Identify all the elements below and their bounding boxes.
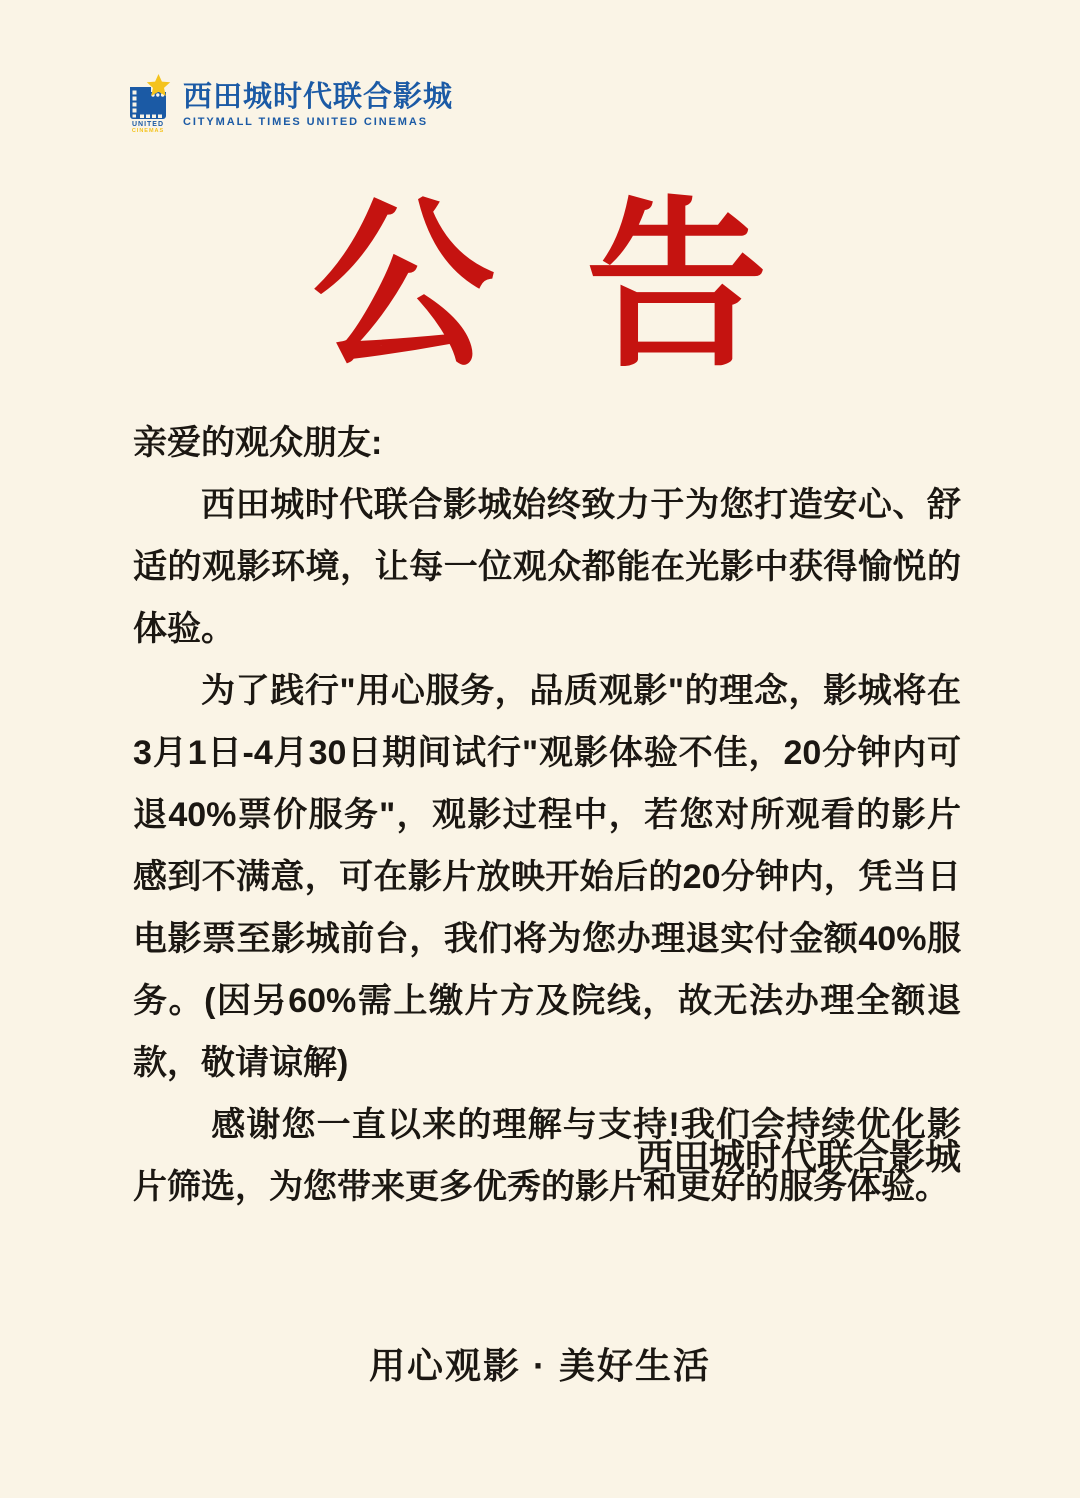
- paragraph-refund-policy: 为了践行"用心服务，品质观影"的理念，影城将在3月1日-4月30日期间试行"观影…: [133, 660, 961, 1094]
- cinema-logo-text: 西田城时代联合影城 CITYMALL TIMES UNITED CINEMAS: [183, 82, 453, 128]
- announcement-title: 公告: [0, 186, 1080, 386]
- announcement-poster: UNITED CINEMAS 西田城时代联合影城 CITYMALL TIMES …: [0, 0, 1080, 1498]
- cinema-logo-icon: UNITED CINEMAS: [122, 74, 174, 135]
- footer-slogan: 用心观影 · 美好生活: [0, 1338, 1080, 1389]
- salutation: 亲爱的观众朋友:: [133, 412, 961, 474]
- cinema-logo: UNITED CINEMAS 西田城时代联合影城 CITYMALL TIMES …: [122, 74, 453, 135]
- signature: 西田城时代联合影城: [133, 1126, 961, 1188]
- announcement-body: 亲爱的观众朋友: 西田城时代联合影城始终致力于为您打造安心、舒适的观影环境，让每…: [133, 412, 961, 1218]
- logo-icon-text-cinemas: CINEMAS: [132, 129, 164, 135]
- logo-name-chinese: 西田城时代联合影城: [183, 82, 453, 114]
- logo-name-english: CITYMALL TIMES UNITED CINEMAS: [183, 117, 453, 128]
- film-strip-star-icon: [123, 74, 173, 122]
- logo-icon-text-united: UNITED: [132, 121, 164, 128]
- paragraph-intro: 西田城时代联合影城始终致力于为您打造安心、舒适的观影环境，让每一位观众都能在光影…: [133, 474, 961, 660]
